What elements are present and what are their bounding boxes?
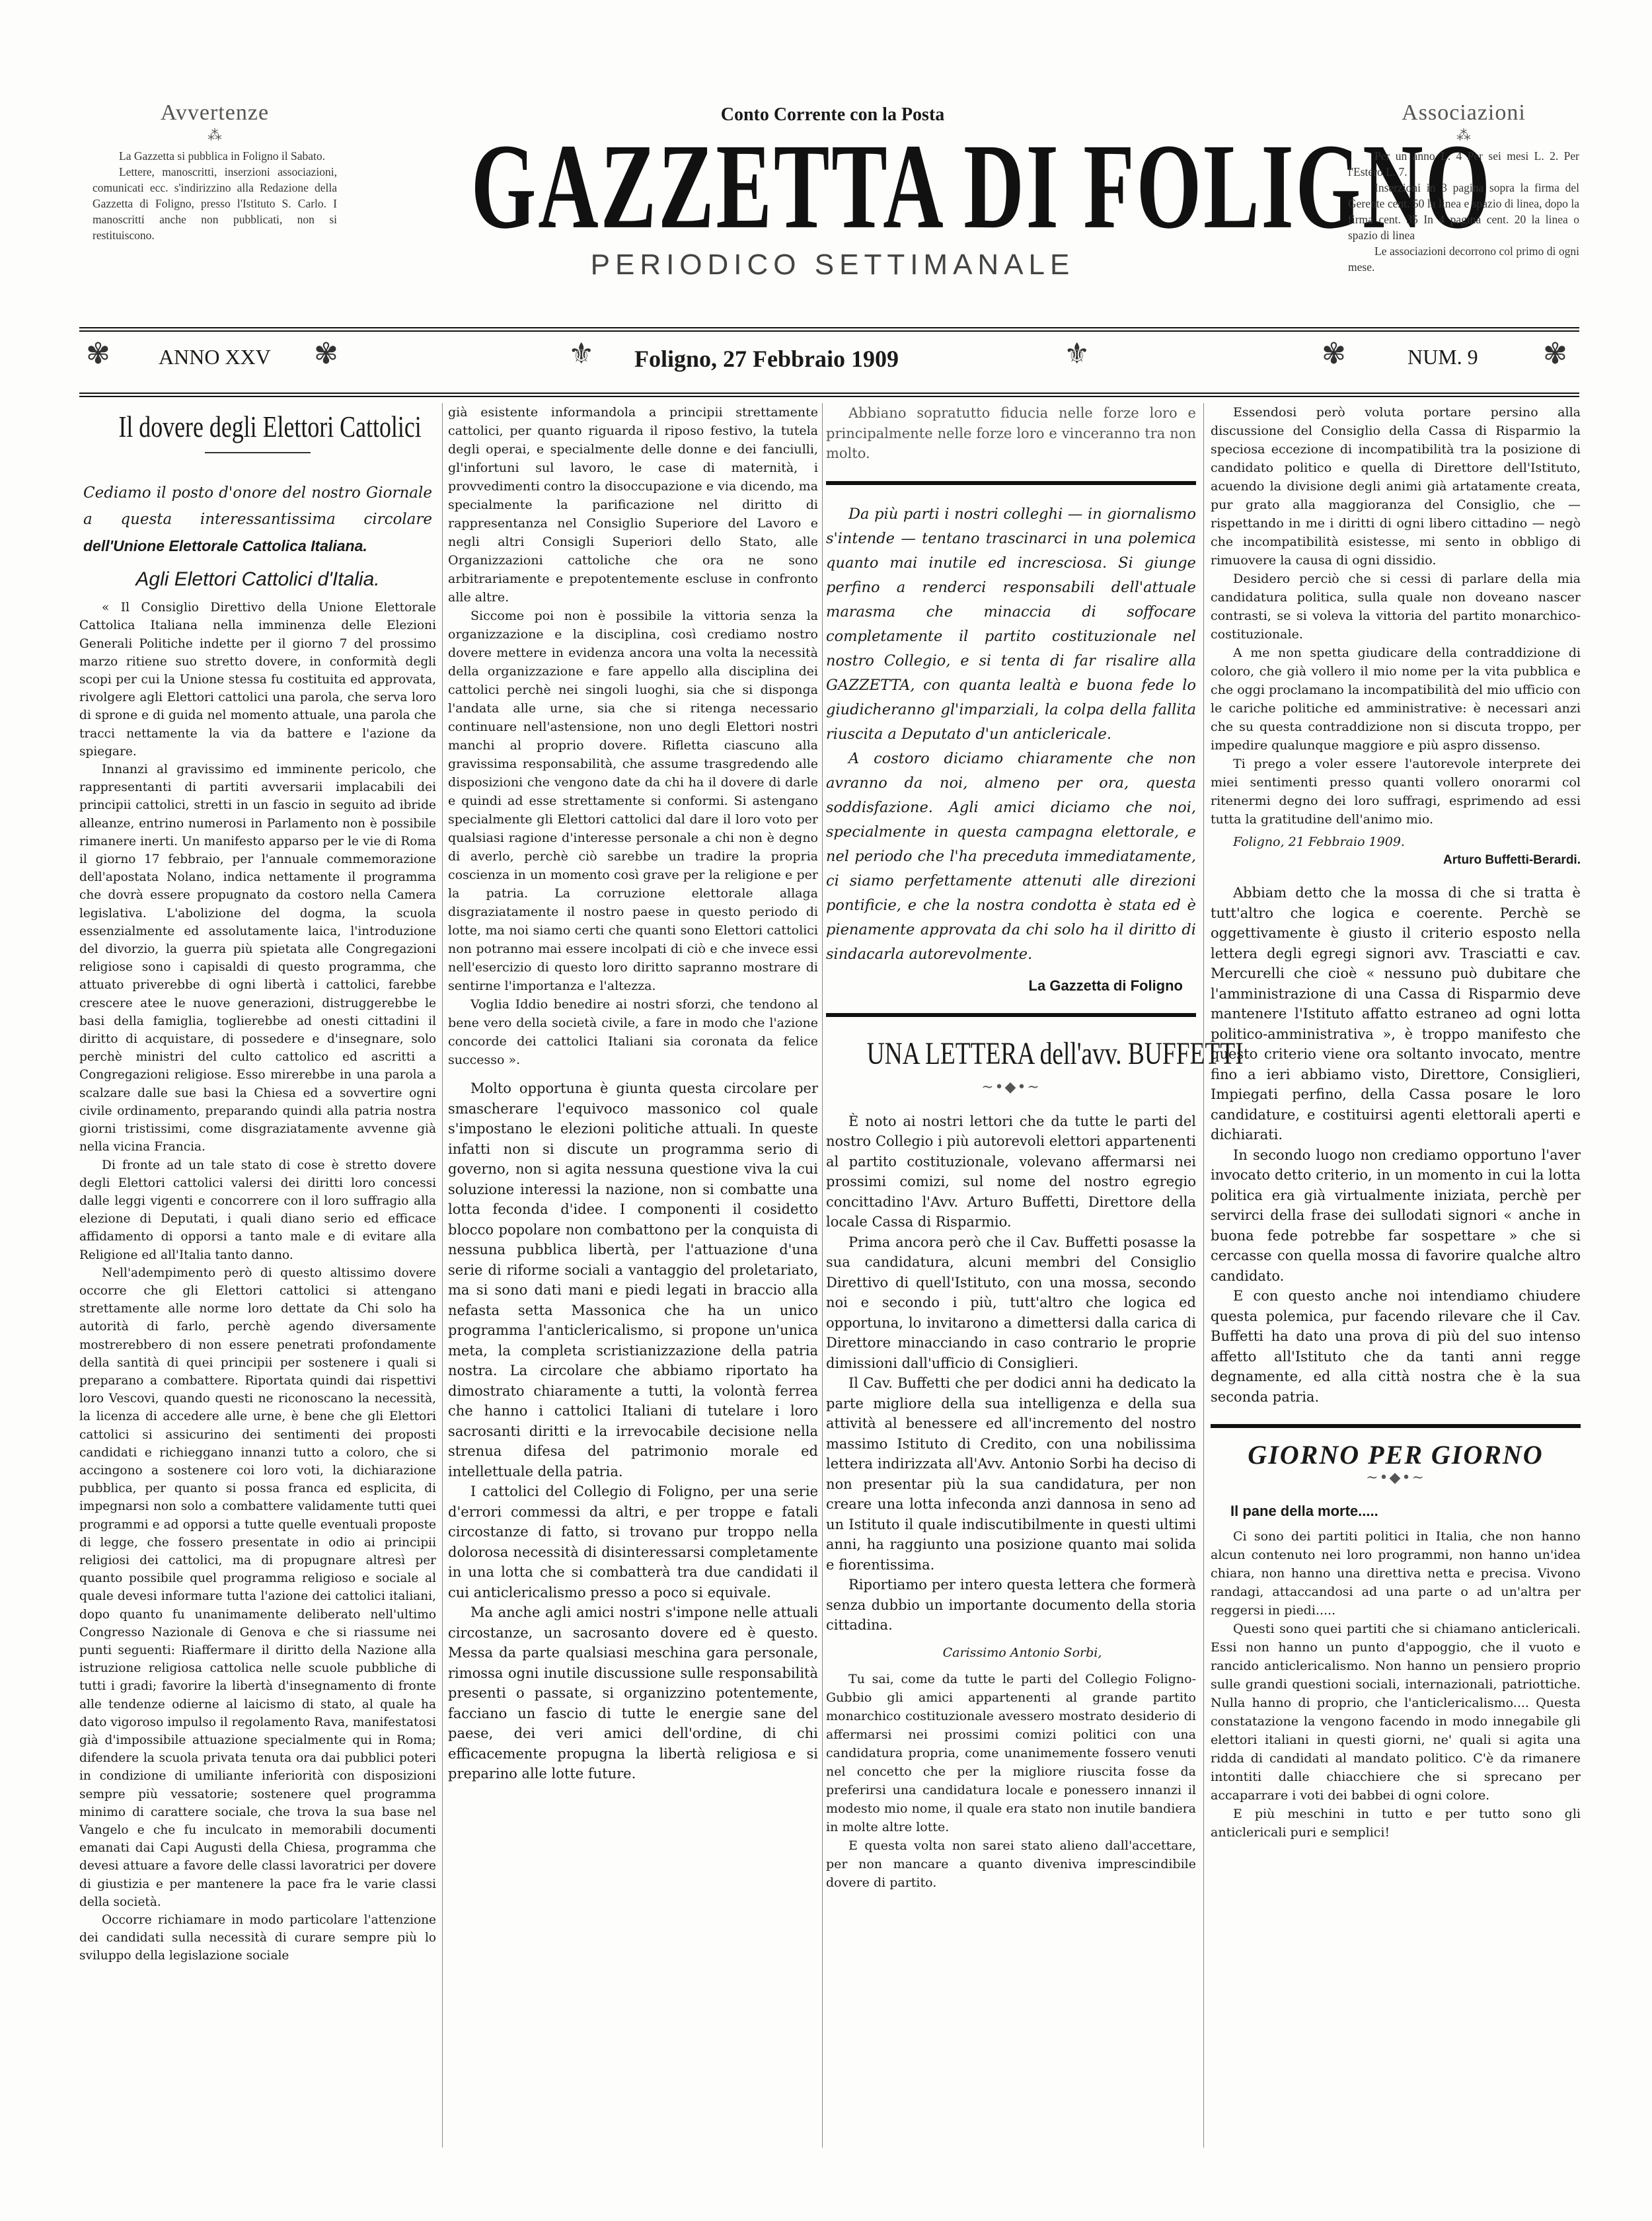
associazioni-text: Le associazioni decorrono col primo di o… (1348, 243, 1579, 275)
anno-label: ANNO XXV (159, 345, 271, 369)
ornament-icon: ✾ (86, 337, 110, 371)
issue-date: Foligno, 27 Febbraio 1909 (634, 345, 899, 373)
article-paragraph: Nell'adempimento però di questo altissim… (79, 1264, 436, 1911)
article-paragraph: Innanzi al gravissimo ed imminente peric… (79, 761, 436, 1156)
ornament-icon: ✾ (1322, 337, 1346, 371)
article-paragraph: In secondo luogo non crediamo opportuno … (1211, 1145, 1581, 1287)
title-block: Conto Corrente con la Posta GAZZETTA DI … (330, 93, 1335, 282)
letter-paragraph: E questa volta non sarei stato alieno da… (826, 1836, 1196, 1892)
article-paragraph: Di fronte ad un tale stato di cose è str… (79, 1156, 436, 1264)
associazioni-title: Associazioni (1348, 100, 1579, 126)
ornament-icon: ✾ (314, 337, 338, 371)
section-rule (1211, 1424, 1581, 1428)
associazioni-text: Inserzioni in 3 pagina sopra la firma de… (1348, 180, 1579, 243)
article-paragraph: già esistente informandola a principii s… (448, 403, 818, 607)
editorial-note: Da più parti i nostri colleghi — in gior… (826, 502, 1196, 967)
column-4: Essendosi però voluta portare persino al… (1211, 403, 1581, 1842)
article-paragraph: I cattolici del Collegio di Foligno, per… (448, 1482, 818, 1602)
article-headline: Il dovere degli Elettori Cattolici (118, 407, 396, 447)
fleuron-icon: ⚜ (568, 337, 594, 371)
letter-date: Foligno, 21 Febbraio 1909. (1211, 833, 1581, 851)
divider (205, 452, 311, 453)
item-paragraph: Questi sono quei partiti che si chiamano… (1211, 1620, 1581, 1805)
associazioni-text: Per un anno L. 4 Per sei mesi L. 2. Per … (1348, 148, 1579, 180)
article-paragraph: Riportiamo per intero questa lettera che… (826, 1575, 1196, 1636)
asterism-icon: ⁂ (93, 127, 337, 144)
section-title: GIORNO PER GIORNO (1211, 1445, 1581, 1466)
letter-salutation: Carissimo Antonio Sorbi, (826, 1643, 1196, 1662)
article-paragraph: Il Cav. Buffetti che per dodici anni ha … (826, 1373, 1196, 1575)
article-paragraph: « Il Consiglio Direttivo della Unione El… (79, 599, 436, 761)
letter-paragraph: Desidero perciò che si cessi di parlare … (1211, 570, 1581, 644)
article-paragraph: Voglia Iddio benedire ai nostri sforzi, … (448, 995, 818, 1069)
editorial-signature: La Gazzetta di Foligno (826, 976, 1183, 997)
article-paragraph: Abbiam detto che la mossa di che si trat… (1211, 883, 1581, 1145)
issue-number: NUM. 9 (1408, 345, 1478, 369)
column-3: Abbiano sopratutto fiducia nelle forze l… (826, 403, 1196, 1892)
letter-paragraph: Essendosi però voluta portare persino al… (1211, 403, 1581, 570)
avvertenze-title: Avvertenze (93, 100, 337, 126)
item-paragraph: Ci sono dei partiti politici in Italia, … (1211, 1527, 1581, 1620)
column-rule (822, 403, 823, 2148)
ornament-icon: ✾ (1543, 337, 1567, 371)
article-paragraph: Prima ancora però che il Cav. Buffetti p… (826, 1232, 1196, 1374)
column-rule (1203, 403, 1204, 2148)
column-rule (442, 403, 443, 2148)
newspaper-title: GAZZETTA DI FOLIGNO (471, 128, 1194, 246)
letter-paragraph: A me non spetta giudicare della contradd… (1211, 644, 1581, 755)
article-subheading: Agli Elettori Cattolici d'Italia. (79, 570, 436, 588)
avvertenze-text: La Gazzetta si pubblica in Foligno il Sa… (93, 148, 337, 164)
avvertenze-text: Lettere, manoscritti, inserzioni associa… (93, 164, 337, 243)
letter-headline: UNA LETTERA dell'avv. BUFFETTI (867, 1034, 1156, 1074)
avvertenze-box: Avvertenze ⁂ La Gazzetta si pubblica in … (93, 93, 337, 243)
newspaper-page: Avvertenze ⁂ La Gazzetta si pubblica in … (79, 93, 1579, 2148)
section-rule (826, 1013, 1196, 1017)
item-title: Il pane della morte..... (1230, 1501, 1581, 1522)
article-paragraph: Molto opportuna è giunta questa circolar… (448, 1078, 818, 1482)
masthead: Avvertenze ⁂ La Gazzetta si pubblica in … (79, 93, 1579, 317)
article-paragraph: E con questo anche noi intendiamo chiude… (1211, 1286, 1581, 1407)
article-paragraph: Occorre richiamare in modo particolare l… (79, 1911, 436, 1965)
article-paragraph: Abbiano sopratutto fiducia nelle forze l… (826, 403, 1196, 464)
letter-paragraph: Tu sai, come da tutte le parti del Colle… (826, 1670, 1196, 1836)
column-2: già esistente informandola a principii s… (448, 403, 818, 1784)
article-paragraph: È noto ai nostri lettori che da tutte le… (826, 1111, 1196, 1232)
letter-signature: Arturo Buffetti-Berardi. (1211, 851, 1581, 870)
ornament-divider: ~•◆•~ (826, 1078, 1196, 1098)
associazioni-box: Associazioni ⁂ Per un anno L. 4 Per sei … (1348, 93, 1579, 275)
column-1: Il dovere degli Elettori Cattolici Cedia… (79, 403, 436, 1965)
asterism-icon: ⁂ (1348, 127, 1579, 144)
letter-paragraph: Ti prego a voler essere l'autorevole int… (1211, 755, 1581, 829)
date-bar: ✾ ANNO XXV ✾ ⚜ Foligno, 27 Febbraio 1909… (79, 327, 1579, 397)
item-paragraph: E più meschini in tutto e per tutto sono… (1211, 1805, 1581, 1842)
section-rule (826, 481, 1196, 485)
ornament-divider: ~•◆•~ (1211, 1468, 1581, 1489)
fleuron-icon: ⚜ (1064, 337, 1090, 371)
article-paragraph: Siccome poi non è possibile la vittoria … (448, 607, 818, 995)
article-intro: Cediamo il posto d'onore del nostro Gior… (79, 480, 436, 560)
article-paragraph: Ma anche agli amici nostri s'impone nell… (448, 1602, 818, 1784)
